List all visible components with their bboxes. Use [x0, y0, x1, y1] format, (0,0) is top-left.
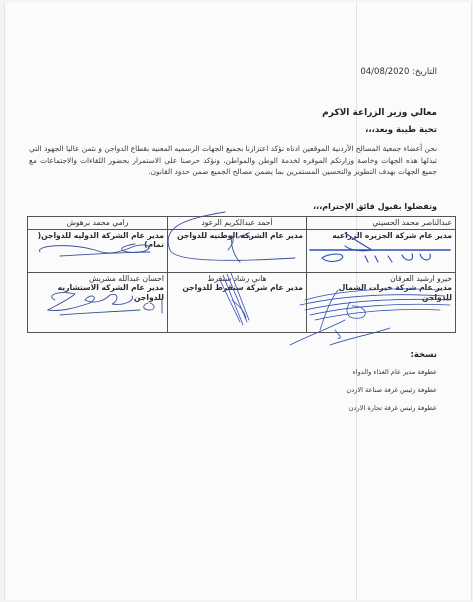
signature-cell	[307, 250, 456, 273]
letter-date: التاريخ: 04/08/2020	[360, 67, 437, 77]
signature-cell	[168, 250, 307, 273]
signatory-title: مدير عام الشركه الاستشاريه للدواجن	[31, 283, 164, 303]
signatures-row	[28, 250, 456, 273]
copy-recipient: عطوفة رئيس غرفة تجارة الاردن	[349, 404, 437, 412]
letter-body: نحن أعضاء جمعية المسالخ الأردنية الموقعي…	[29, 143, 437, 178]
signatory-cell: احسان عبدالله مشريش مدير عام الشركه الاس…	[28, 273, 168, 333]
signatory-name: رامي محمد برهوش	[28, 217, 168, 230]
signatory-title: مدير عام الشركة الدوليه للدواجن( تمام)	[28, 230, 168, 251]
signatory-title: مدير عام شركة خيرات الشمال للدواجن	[310, 283, 452, 303]
copy-recipient: عطوفة رئيس غرفة صناعة الاردن	[346, 386, 437, 394]
signatories-table: عبدالناصر محمد الحسيني أحمد عبدالكريم ال…	[27, 216, 456, 333]
signatory-name: احسان عبدالله مشريش	[31, 274, 164, 283]
signatory-name: عبدالناصر محمد الحسيني	[307, 217, 456, 230]
letter-greeting: تحية طيبة وبعد،،،	[365, 125, 437, 135]
letter-closing: وتفضلوا بقبول فائق الإحترام،،،	[313, 202, 437, 211]
signatory-name: خيرو ارشيد العرقان	[310, 274, 452, 283]
signatory-title: مدير عام شركة الجزيره الزراعيه	[307, 230, 456, 251]
copy-recipient: عطوفة مدير عام الغذاء والدواء	[353, 368, 437, 376]
signatory-title: مدير عام الشركه الوطنيه للدواجن	[168, 230, 307, 251]
signatories-row-2: خيرو ارشيد العرقان مدير عام شركة خيرات ا…	[28, 273, 456, 333]
signatory-cell: خيرو ارشيد العرقان مدير عام شركة خيرات ا…	[307, 273, 456, 333]
copies-label: نسخة:	[410, 350, 437, 360]
signatories-title-row: مدير عام شركة الجزيره الزراعيه مدير عام …	[28, 230, 456, 251]
signatory-title: مدير عام شركة سنقرط للدواجن	[171, 283, 303, 293]
signatory-name: هاني رشاد سنقرط	[171, 274, 303, 283]
letter-recipient: معالي وزير الزراعة الاكرم	[322, 108, 437, 118]
signatories-name-row: عبدالناصر محمد الحسيني أحمد عبدالكريم ال…	[28, 217, 456, 230]
signatory-cell: هاني رشاد سنقرط مدير عام شركة سنقرط للدو…	[168, 273, 307, 333]
signature-cell	[28, 250, 168, 273]
signatory-name: أحمد عبدالكريم الرعود	[168, 217, 307, 230]
